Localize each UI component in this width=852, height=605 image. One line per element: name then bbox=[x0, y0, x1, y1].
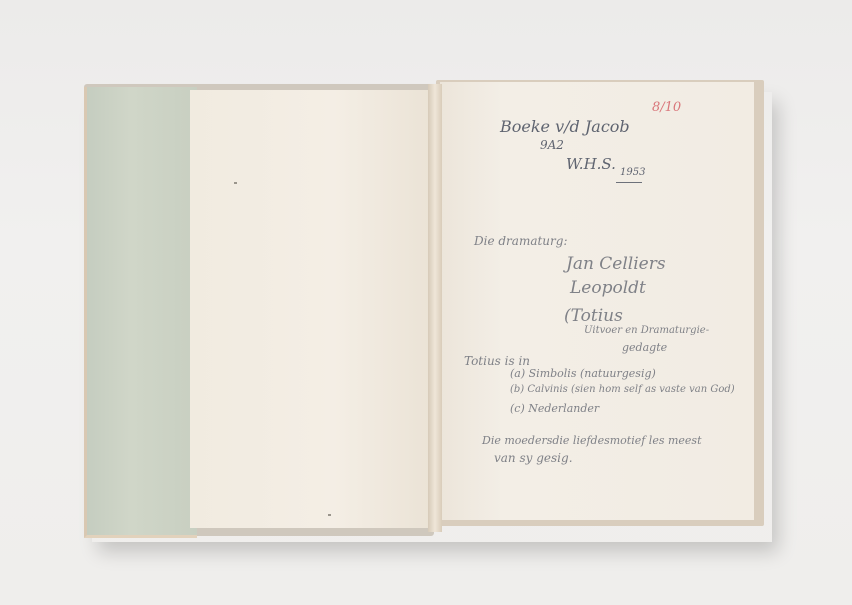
left-endpaper bbox=[190, 90, 430, 528]
owner-inscription: Boeke v/d Jacob bbox=[500, 117, 630, 136]
note-item: Uitvoer en Dramaturgie- bbox=[584, 325, 709, 336]
right-page bbox=[440, 82, 754, 520]
notes-intro: Totius is in bbox=[464, 354, 530, 368]
note-subitem: (a) Simbolis (natuurgesig) bbox=[510, 367, 656, 380]
book-gutter bbox=[428, 84, 442, 532]
class-note: 9A2 bbox=[540, 138, 564, 152]
notes-heading: Die dramaturg: bbox=[474, 234, 568, 248]
year-underline bbox=[616, 182, 642, 183]
paper-speck bbox=[234, 182, 237, 184]
paper-speck bbox=[328, 514, 331, 516]
note-item: (Totius bbox=[564, 306, 623, 326]
school-initials: W.H.S. bbox=[566, 155, 616, 173]
closing-note: Die moedersdie liefdesmotief les meest bbox=[482, 434, 702, 447]
note-item: gedagte bbox=[622, 341, 667, 354]
note-item: Jan Celliers bbox=[566, 254, 666, 274]
note-subitem: (b) Calvinis (sien hom self as vaste van… bbox=[510, 384, 735, 395]
note-item: Leopoldt bbox=[570, 278, 646, 298]
note-subitem: (c) Nederlander bbox=[510, 402, 599, 415]
dust-jacket-flap bbox=[84, 87, 197, 538]
closing-note: van sy gesig. bbox=[494, 451, 573, 465]
year-note: 1953 bbox=[620, 167, 645, 178]
price-mark: 8/10 bbox=[652, 100, 681, 115]
